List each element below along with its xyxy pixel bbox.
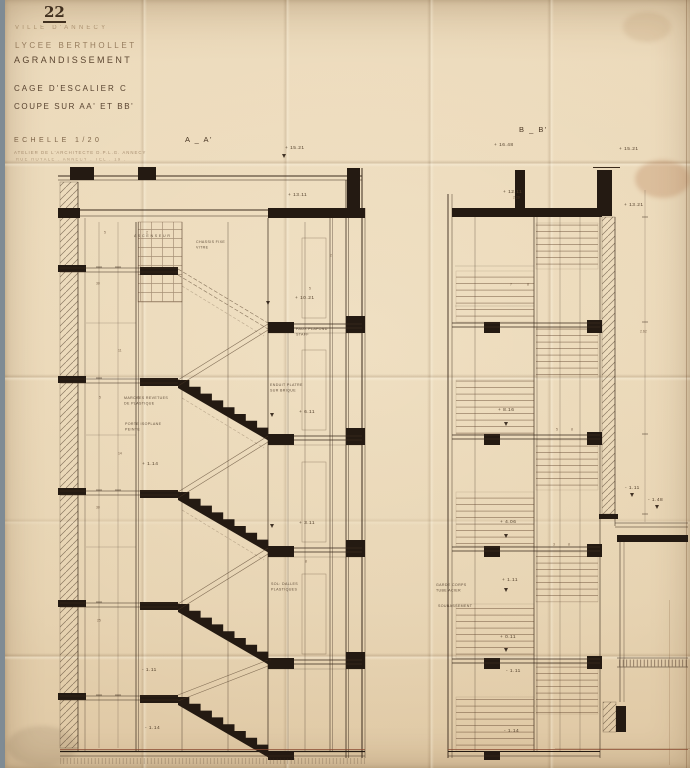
landing-slab-lines [60,268,362,700]
architect-line: ATELIER DE L'ARCHITECTE D.P.L.G. ANNECY [14,151,146,155]
ground-slab [60,750,365,765]
title-school: LYCEE BERTHOLLET [15,41,137,50]
section-drawing-bb [440,166,690,768]
title-scale: ECHELLE 1/20 [14,137,102,144]
fold-crease [427,0,434,768]
title-object: CAGE D'ESCALIER C [14,84,128,93]
hatched-band-slab [617,660,688,667]
elevator-shaft-grid [138,222,182,302]
door-outlines [302,238,326,654]
sheet-number: 22 [43,5,66,23]
scanned-drawing-sheet: 22 VILLE D'ANNECY LYCEE BERTHOLLET AGRAN… [0,0,690,768]
hatched-block [603,702,616,732]
architect-line: RUE ROYALE . ANNECY . TEL . 19 . [16,158,126,162]
section-label-bb: B _ B' [519,125,548,134]
paper-stain [623,12,671,42]
slabs-and-beams [58,167,365,760]
title-cut: COUPE SUR AA' ET BB' [14,102,134,111]
hatched-pier [602,217,615,514]
section-label-aa: A _ A' [185,135,213,144]
title-project: AGRANDISSEMENT [14,55,132,65]
stair-tread-bays [456,223,598,751]
stamp-caption: VILLE D'ANNECY [15,25,108,31]
section-drawing-aa [52,166,372,766]
stair-flights-cut [178,380,268,758]
structure-lines [58,168,365,758]
